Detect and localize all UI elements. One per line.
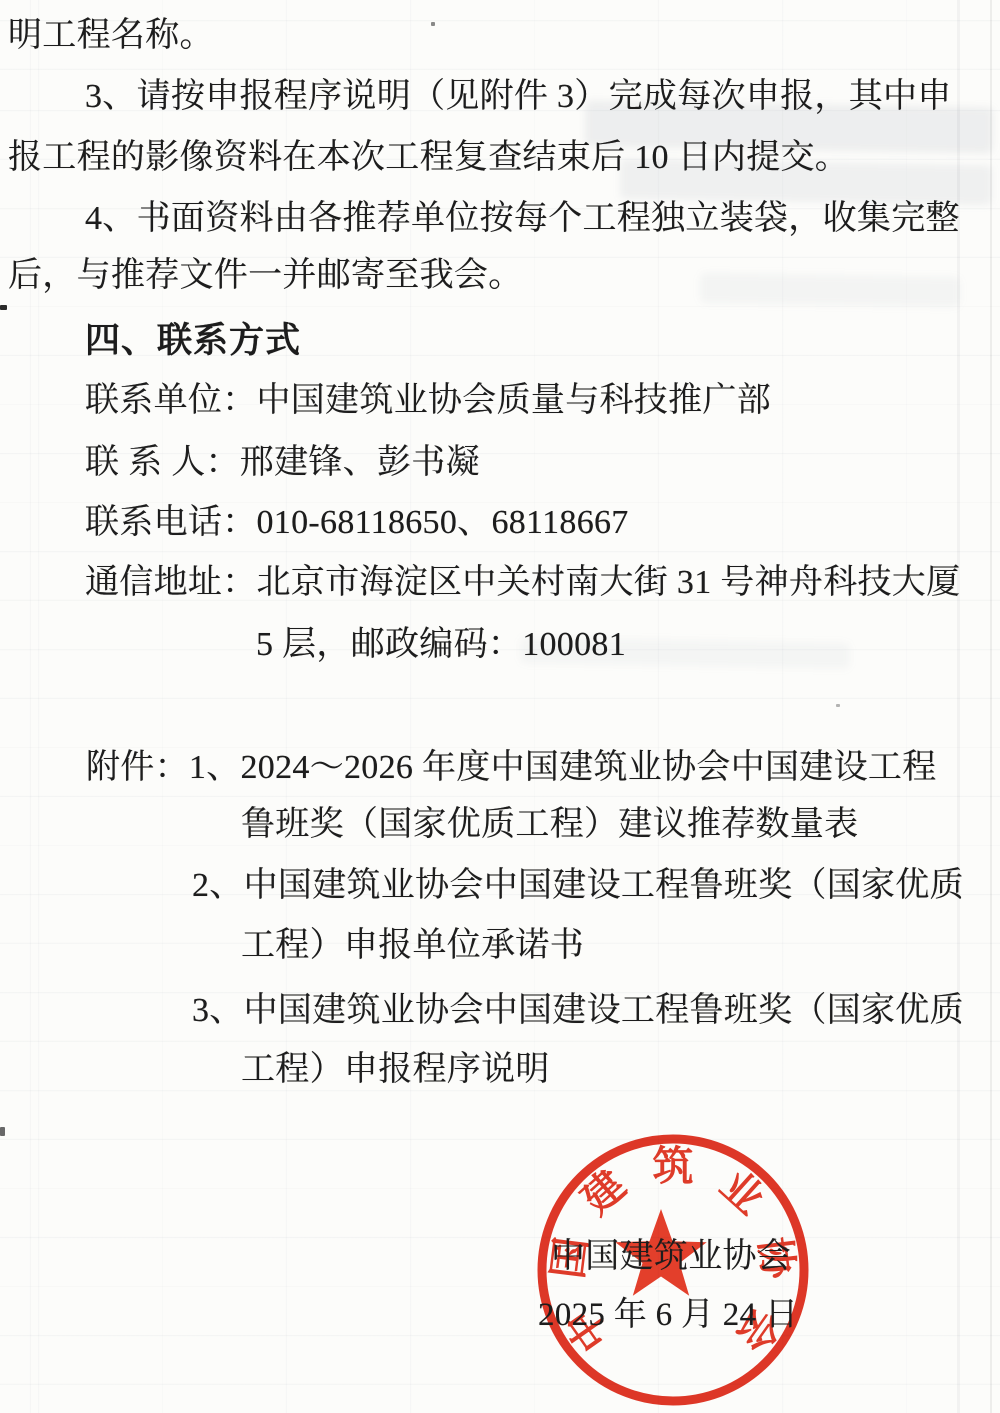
para3-line2: 报工程的影像资料在本次工程复查结束后 10 日内提交。 [8, 138, 849, 179]
contact-address-line1: 通信地址：北京市海淀区中关村南大街 31 号神舟科技大厦 [85, 563, 960, 604]
attachments-item3-line2: 工程）申报程序说明 [241, 1050, 550, 1091]
attachments-item3-line1: 3、中国建筑业协会中国建设工程鲁班奖（国家优质 [192, 991, 964, 1032]
signature-date: 2025 年 6 月 24 日 [538, 1296, 798, 1336]
attachments-item1-line2: 鲁班奖（国家优质工程）建议推荐数量表 [241, 805, 858, 846]
para2-continuation-line: 明工程名称。 [8, 16, 214, 57]
seal-ring-char: 筑 [653, 1143, 694, 1189]
scan-speck [431, 22, 435, 26]
scan-speck [0, 1127, 5, 1136]
attachments-item2-line2: 工程）申报单位承诺书 [241, 926, 584, 967]
scan-speck [0, 305, 7, 310]
attachments-item1-line1: 附件：1、2024～2026 年度中国建筑业协会中国建设工程 [86, 748, 937, 789]
contact-person-line: 联 系 人：邢建锋、彭书凝 [85, 443, 480, 484]
contact-address-line2: 5 层，邮政编码：100081 [256, 625, 626, 666]
para3-line1: 3、请按申报程序说明（见附件 3）完成每次申报，其中申 [85, 77, 952, 118]
scanned-document-page: 明工程名称。 3、请按申报程序说明（见附件 3）完成每次申报，其中申 报工程的影… [0, 0, 1000, 1413]
para4-line1: 4、书面资料由各推荐单位按每个工程独立装袋，收集完整 [85, 199, 960, 240]
signature-org-name: 中国建筑业协会 [551, 1237, 791, 1278]
para4-line2: 后，与推荐文件一并邮寄至我会。 [8, 256, 523, 297]
scan-speck [836, 704, 840, 707]
scan-edge-streak [990, 0, 992, 1413]
contact-phone-line: 联系电话：010-68118650、68118667 [85, 503, 629, 544]
contact-unit-line: 联系单位：中国建筑业协会质量与科技推广部 [85, 381, 771, 422]
attachments-item2-line1: 2、中国建筑业协会中国建设工程鲁班奖（国家优质 [192, 866, 964, 907]
section4-heading: 四、联系方式 [85, 320, 301, 362]
bleedthrough-ghost-smudge-1 [700, 273, 960, 308]
